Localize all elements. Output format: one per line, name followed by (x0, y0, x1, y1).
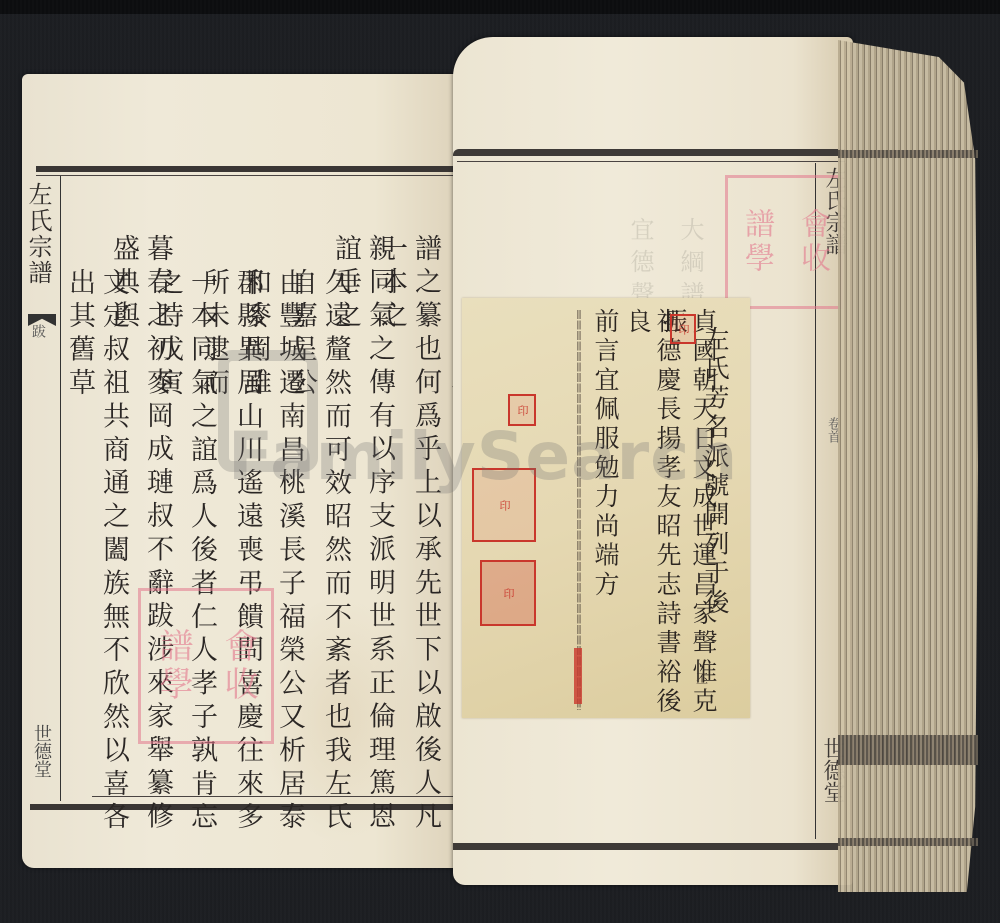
red-seal-tiny: 印 (670, 314, 696, 344)
red-strip-mark (574, 648, 582, 704)
page-edges-rule (838, 150, 978, 158)
text-column-8: 文定叔祖共商通之闔族無不欣然以喜各出其舊草 (62, 268, 130, 868)
top-frame-rule (453, 149, 845, 156)
collection-seal-pink: 譜學會收 (725, 175, 843, 309)
spine-column-rule (60, 176, 61, 801)
bottom-frame-rule (453, 843, 845, 850)
top-frame-rule (36, 166, 462, 172)
top-frame-inner-rule (457, 161, 845, 162)
attached-handwritten-note: ‖‖‖‖‖‖‖‖‖‖‖‖‖‖‖‖‖‖‖‖‖‖‖‖‖‖‖‖‖‖‖‖‖‖‖‖‖‖‖‖… (462, 298, 750, 718)
red-seal-square-filled: 印 (480, 560, 536, 626)
margin-annotation: 丕 (696, 670, 708, 687)
page-edges-text-band (838, 735, 978, 765)
spine-subtitle: 跋 (28, 324, 48, 338)
collection-seal-pink: 譜學會收 (138, 588, 274, 744)
spine-hall-name: 世德堂 (28, 724, 54, 778)
spine-title: 左氏宗譜 (26, 182, 56, 286)
page-edges-rule (838, 838, 978, 846)
watermark-text: FamilySearch (228, 418, 738, 495)
note-column-3: 祖德慶長揚孝友昭先志詩書裕後良 (622, 308, 682, 718)
top-frame-inner-rule (36, 175, 462, 176)
